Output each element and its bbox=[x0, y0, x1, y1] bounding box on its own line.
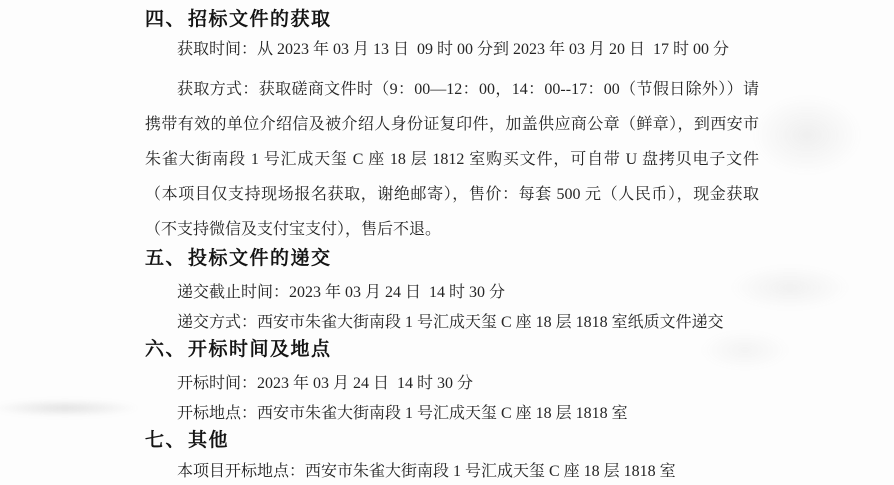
heading-section-7: 七、其他 bbox=[145, 429, 759, 453]
section-title: 开标时间及地点 bbox=[188, 339, 332, 360]
para-open-place: 开标地点：西安市朱雀大街南段 1 号汇成天玺 C 座 18 层 1818 室 bbox=[145, 399, 759, 429]
heading-section-5: 五、投标文件的递交 bbox=[145, 247, 759, 271]
para-obtain-method: 获取方式：获取磋商文件时（9：00—12：00，14：00--17：00（节假日… bbox=[145, 72, 759, 247]
section-title: 其他 bbox=[188, 430, 229, 451]
section-number: 五、 bbox=[145, 248, 186, 269]
document-page: 四、招标文件的获取 获取时间：从 2023 年 03 月 13 日 09 时 0… bbox=[0, 0, 894, 485]
section-title: 招标文件的获取 bbox=[188, 9, 332, 30]
para-obtain-time: 获取时间：从 2023 年 03 月 13 日 09 时 00 分到 2023 … bbox=[145, 32, 759, 67]
scan-smudge bbox=[752, 95, 862, 175]
section-title: 投标文件的递交 bbox=[188, 248, 332, 269]
para-open-time: 开标时间：2023 年 03 月 24 日 14 时 30 分 bbox=[145, 369, 759, 399]
para-submit-method: 递交方式：西安市朱雀大街南段 1 号汇成天玺 C 座 18 层 1818 室纸质… bbox=[145, 308, 759, 338]
section-number: 七、 bbox=[145, 430, 186, 451]
scan-smudge bbox=[0, 399, 140, 417]
heading-section-4: 四、招标文件的获取 bbox=[145, 8, 759, 32]
para-other-note: 本项目开标地点：西安市朱雀大街南段 1 号汇成天玺 C 座 18 层 1818 … bbox=[145, 457, 759, 485]
document-body: 四、招标文件的获取 获取时间：从 2023 年 03 月 13 日 09 时 0… bbox=[145, 0, 759, 485]
heading-section-6: 六、开标时间及地点 bbox=[145, 338, 759, 362]
para-submit-deadline: 递交截止时间：2023 年 03 月 24 日 14 时 30 分 bbox=[145, 278, 759, 308]
section-number: 四、 bbox=[145, 9, 186, 30]
section-number: 六、 bbox=[145, 339, 186, 360]
